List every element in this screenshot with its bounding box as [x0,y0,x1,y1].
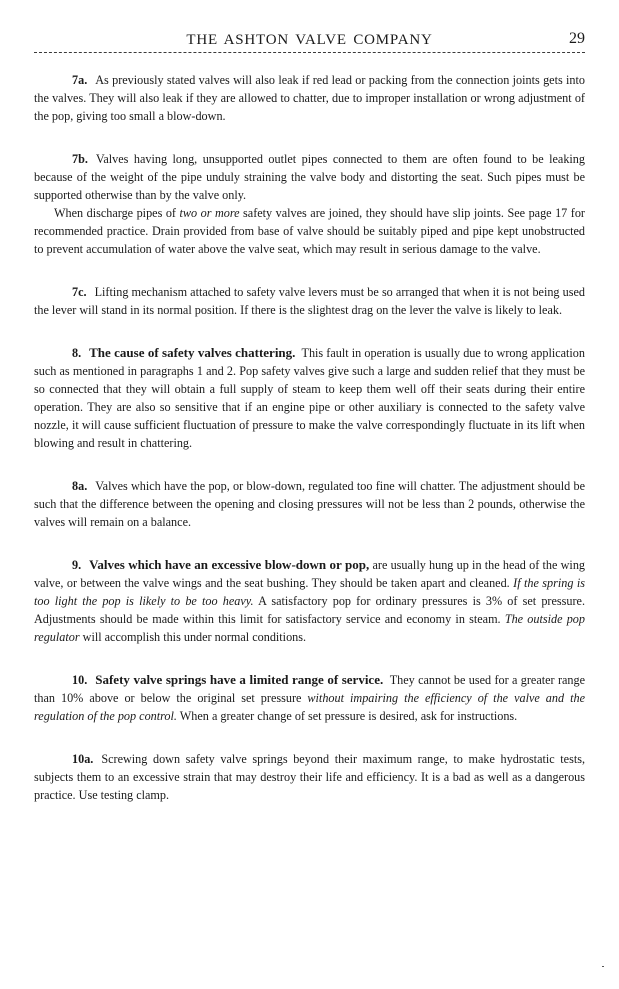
paragraph-number: 10a. [72,752,93,766]
paragraph-text: Valves having long, unsupported outlet p… [34,152,585,202]
running-title: THE ASHTON VALVE COMPANY [34,32,585,49]
paragraph-number: 8. [72,346,81,360]
paragraph-8: 8.The cause of safety valves chattering.… [34,344,585,452]
paragraph-10a: 10a.Screwing down safety valve springs b… [34,750,585,804]
paragraph-italic-text: two or more [179,206,239,220]
paragraph-10: 10.Safety valve springs have a limited r… [34,671,585,725]
scan-speck [602,966,604,967]
paragraph-text: When a greater change of set pressure is… [177,709,517,723]
paragraph-7a: 7a.As previously stated valves will also… [34,71,585,125]
paragraph-number: 10. [72,673,87,687]
page-number: 29 [569,30,585,48]
paragraph-heading: Safety valve springs have a limited rang… [95,672,383,687]
paragraph-number: 7a. [72,73,87,87]
paragraph-text: Lifting mechanism attached to safety val… [34,285,585,317]
paragraph-heading: The cause of safety valves chattering. [89,345,295,360]
paragraph-number: 9. [72,558,81,572]
paragraph-7c: 7c.Lifting mechanism attached to safety … [34,283,585,319]
paragraph-text: When discharge pipes of [54,206,179,220]
paragraph-8a: 8a.Valves which have the pop, or blow-do… [34,477,585,531]
paragraph-7b: 7b.Valves having long, unsupported outle… [34,150,585,204]
paragraph-heading: Valves which have an excessive blow-down… [89,557,369,572]
page-body: 7a.As previously stated valves will also… [34,71,585,804]
paragraph-7b-continued: When discharge pipes of two or more safe… [34,204,585,258]
paragraph-text: Valves which have the pop, or blow-down,… [34,479,585,529]
paragraph-number: 8a. [72,479,87,493]
paragraph-text: This fault in operation is usually due t… [34,346,585,450]
paragraph-9: 9.Valves which have an excessive blow-do… [34,556,585,646]
document-page: THE ASHTON VALVE COMPANY 29 7a.As previo… [0,0,619,989]
paragraph-text: Screwing down safety valve springs beyon… [34,752,585,802]
paragraph-text: As previously stated valves will also le… [34,73,585,123]
running-header: THE ASHTON VALVE COMPANY 29 [34,30,585,53]
paragraph-number: 7c. [72,285,87,299]
paragraph-number: 7b. [72,152,88,166]
paragraph-text: will accomplish this under normal condit… [80,630,306,644]
